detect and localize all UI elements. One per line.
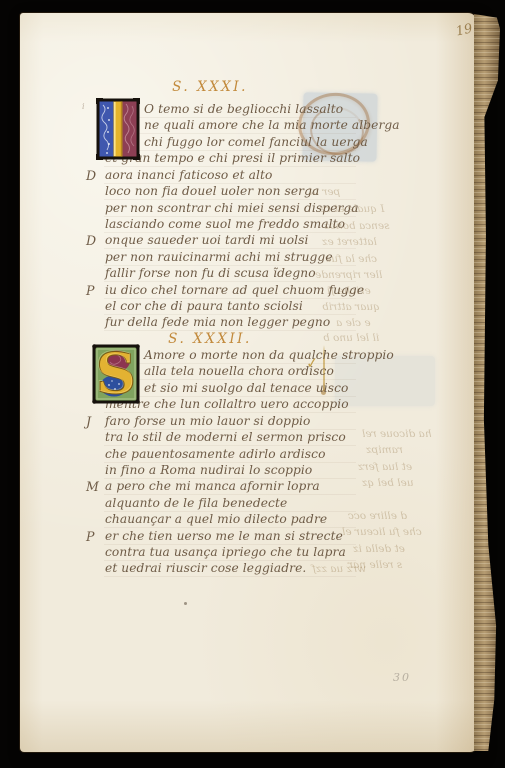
stanza-initial-letter: J (86, 414, 91, 429)
svg-text:S: S (95, 344, 135, 404)
verse-line: Daora inanci faticoso et alto (20, 168, 477, 184)
verse-line: che pauentosamente adirlo ardisco (20, 447, 477, 463)
verse-text: mentre che lun collaltro uero accoppio (105, 397, 349, 411)
verse-line: loco non fia douel uoler non serga (20, 184, 477, 200)
verse-line: per non rauicinarmi achi mi strugge (20, 250, 477, 266)
verse-line: Donque saueder uoi tardi mi uolsi (20, 233, 477, 249)
verse-line: et uedrai riuscir cose leggiadre. (20, 561, 477, 577)
verse-text: er che tien uerso me le man si strecte (105, 529, 343, 543)
verse-line: Piu dico chel tornare ad quel chuom fugg… (20, 283, 477, 299)
verse-text: ne quali amore che la mia morte alberga (144, 118, 400, 132)
verse-line: et gran tempo e chi presi il primier sal… (20, 151, 477, 167)
verse-line: Amore o morte non da qualche stroppio (20, 348, 477, 364)
illuminated-initial-I (96, 98, 140, 160)
verse-text: et gran tempo e chi presi il primier sal… (105, 151, 360, 165)
verse-line: contra tua usança ipriego che tu lapra (20, 545, 477, 561)
verse-text: lasciando come suol me freddo smalto (105, 217, 345, 231)
verse-line: per non scontrar chi miei sensi disperga (20, 201, 477, 217)
verse-line: Per che tien uerso me le man si strecte (20, 529, 477, 545)
book-fore-edge (474, 14, 500, 751)
verse-text: aora inanci faticoso et alto (105, 168, 272, 182)
verse-text: loco non fia douel uoler non serga (105, 184, 319, 198)
ink-dot (184, 602, 187, 605)
verse-text: et uedrai riuscir cose leggiadre. (105, 561, 306, 575)
verse-line: lasciando come suol me freddo smalto (20, 217, 477, 233)
verse-line: O temo si de begliocchi lassalto (20, 102, 477, 118)
verse-text: alquanto de le fila benedecte (105, 496, 287, 510)
pencil-folio-note: 30 (393, 671, 411, 684)
illuminated-initial-S: S S (92, 344, 140, 404)
verse-text: el cor che di paura tanto sciolsi (105, 299, 303, 313)
verse-text: faro forse un mio lauor si doppio (105, 414, 310, 428)
verse-line: alla tela nouella chora ordisco (20, 364, 477, 380)
verse-line: fallir forse non fu di scusa ĩdegno (20, 266, 477, 282)
verse-line: el cor che di paura tanto sciolsi (20, 299, 477, 315)
verse-line: chi fuggo lor comel fanciul la uerga (20, 135, 477, 151)
verse-text: alla tela nouella chora ordisco (144, 364, 334, 378)
stanza-initial-letter: D (86, 168, 96, 183)
manuscript-page: 19 30 i ✓ per utI quale et rzsenca bonoz… (20, 13, 477, 752)
verse-line: fur della fede mia non legger pegno (20, 315, 477, 331)
verse-line: alquanto de le fila benedecte (20, 496, 477, 512)
sonnet-heading: S. XXXI. (80, 79, 340, 95)
verse-text: onque saueder uoi tardi mi uolsi (105, 233, 309, 247)
verse-text: contra tua usança ipriego che tu lapra (105, 545, 346, 559)
verse-line: et sio mi suolgo dal tenace uisco (20, 381, 477, 397)
verse-text: per non rauicinarmi achi mi strugge (105, 250, 333, 264)
verse-line: mentre che lun collaltro uero accoppio (20, 397, 477, 413)
verse-text: fur della fede mia non legger pegno (105, 315, 330, 329)
verse-text: iu dico chel tornare ad quel chuom fugge (105, 283, 364, 297)
verse-text: et sio mi suolgo dal tenace uisco (144, 381, 348, 395)
stanza-initial-letter: P (86, 529, 94, 544)
verse-line: chauançar a quel mio dilecto padre (20, 512, 477, 528)
verse-line: Ma pero che mi manca afornir lopra (20, 479, 477, 495)
verse-line: Jfaro forse un mio lauor si doppio (20, 414, 477, 430)
verse-line: in fino a Roma nudirai lo scoppio (20, 463, 477, 479)
verse-text: chauançar a quel mio dilecto padre (105, 512, 327, 526)
verse-text: in fino a Roma nudirai lo scoppio (105, 463, 312, 477)
folio-number: 19 (455, 21, 474, 39)
stanza-initial-letter: P (86, 283, 94, 298)
verse-text: Amore o morte non da qualche stroppio (144, 348, 394, 362)
verse-line: tra lo stil de moderni el sermon prisco (20, 430, 477, 446)
verse-text: chi fuggo lor comel fanciul la uerga (144, 135, 368, 149)
verse-text: fallir forse non fu di scusa ĩdegno (105, 266, 316, 280)
verse-text: tra lo stil de moderni el sermon prisco (105, 430, 346, 444)
initial-S-icon: S S (92, 344, 140, 404)
stanza-initial-letter: D (86, 233, 96, 248)
verse-text: a pero che mi manca afornir lopra (105, 479, 320, 493)
manuscript-photo: 19 30 i ✓ per utI quale et rzsenca bonoz… (0, 0, 505, 768)
stanza-initial-letter: M (86, 479, 99, 494)
verse-text: per non scontrar chi miei sensi disperga (105, 201, 359, 215)
verse-line: ne quali amore che la mia morte alberga (20, 118, 477, 134)
initial-I-icon (96, 98, 140, 160)
verse-text: O temo si de begliocchi lassalto (144, 102, 343, 116)
verse-text: che pauentosamente adirlo ardisco (105, 447, 326, 461)
